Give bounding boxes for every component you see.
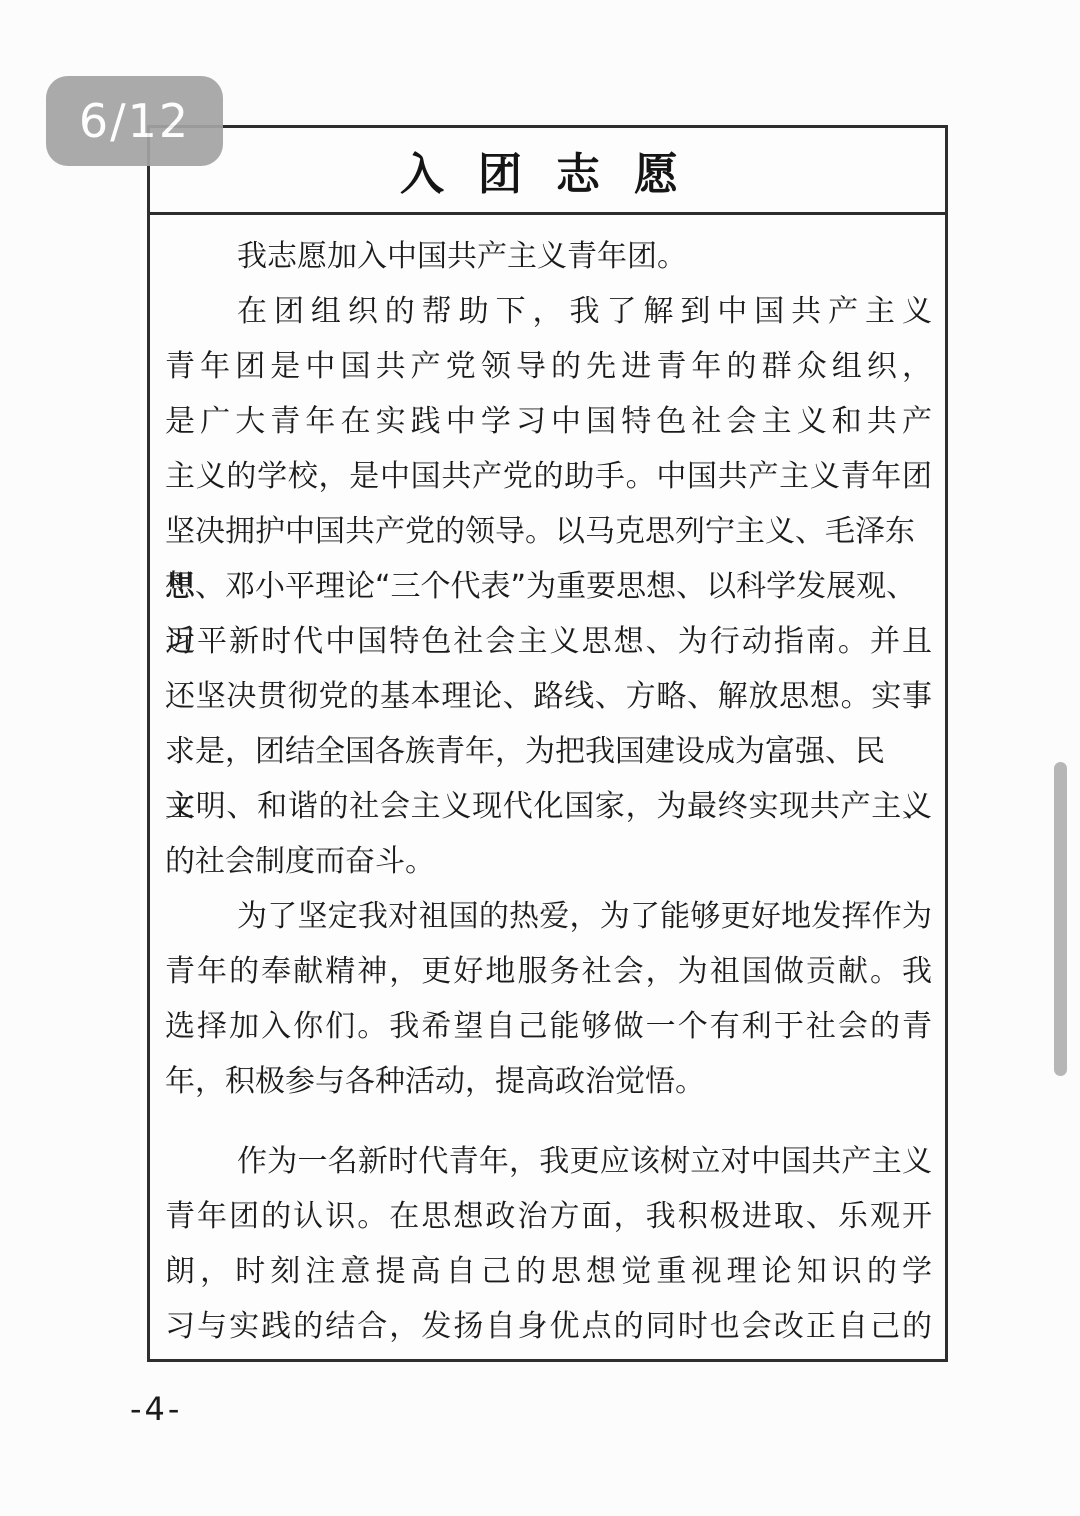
text-line: 想、邓小平理论“三个代表”为重要思想、以科学发展观、习 bbox=[165, 559, 932, 614]
text-line: 习与实践的结合，发扬自身优点的同时也会改正自己的 bbox=[165, 1299, 932, 1354]
text-line: 的社会制度而奋斗。 bbox=[165, 834, 932, 889]
document-title-band: 入团志愿 bbox=[150, 128, 945, 215]
document-page: 入团志愿 我志愿加入中国共产主义青年团。在团组织的帮助下，我了解到中国共产主义青… bbox=[147, 125, 948, 1362]
page-indicator-label: 6/12 bbox=[79, 94, 190, 148]
text-line: 主义的学校，是中国共产党的助手。中国共产主义青年团 bbox=[165, 449, 932, 504]
text-line: 坚决拥护中国共产党的领导。以马克思列宁主义、毛泽东思 bbox=[165, 504, 932, 559]
text-line: 年，积极参与各种活动，提高政治觉悟。 bbox=[165, 1054, 932, 1109]
document-viewer: 6/12 入团志愿 我志愿加入中国共产主义青年团。在团组织的帮助下，我了解到中国… bbox=[0, 0, 1080, 1516]
document-body: 我志愿加入中国共产主义青年团。在团组织的帮助下，我了解到中国共产主义青年团是中国… bbox=[150, 215, 945, 1354]
footer-page-number: -4- bbox=[130, 1390, 182, 1428]
text-line: 在团组织的帮助下，我了解到中国共产主义 bbox=[165, 284, 932, 339]
text-line: 近平新时代中国特色社会主义思想、为行动指南。并且 bbox=[165, 614, 932, 669]
page-indicator-badge: 6/12 bbox=[46, 76, 223, 166]
text-line: 求是，团结全国各族青年，为把我国建设成为富强、民主、 bbox=[165, 724, 932, 779]
document-title: 入团志愿 bbox=[383, 138, 712, 202]
text-line: 还坚决贯彻党的基本理论、路线、方略、解放思想。实事 bbox=[165, 669, 932, 724]
scrollbar-thumb[interactable] bbox=[1054, 762, 1067, 1076]
text-line: 为了坚定我对祖国的热爱，为了能够更好地发挥作为 bbox=[165, 889, 932, 944]
text-line: 作为一名新时代青年，我更应该树立对中国共产主义 bbox=[165, 1134, 932, 1189]
text-line: 我志愿加入中国共产主义青年团。 bbox=[165, 229, 932, 284]
text-line: 文明、和谐的社会主义现代化国家，为最终实现共产主义 bbox=[165, 779, 932, 834]
text-line: 选择加入你们。我希望自己能够做一个有利于社会的青 bbox=[165, 999, 932, 1054]
text-line: 朗，时刻注意提高自己的思想觉重视理论知识的学 bbox=[165, 1244, 932, 1299]
text-line: 是广大青年在实践中学习中国特色社会主义和共产 bbox=[165, 394, 932, 449]
text-line: 青年的奉献精神，更好地服务社会，为祖国做贡献。我 bbox=[165, 944, 932, 999]
text-line: 青年团的认识。在思想政治方面，我积极进取、乐观开 bbox=[165, 1189, 932, 1244]
text-line: 青年团是中国共产党领导的先进青年的群众组织， bbox=[165, 339, 932, 394]
